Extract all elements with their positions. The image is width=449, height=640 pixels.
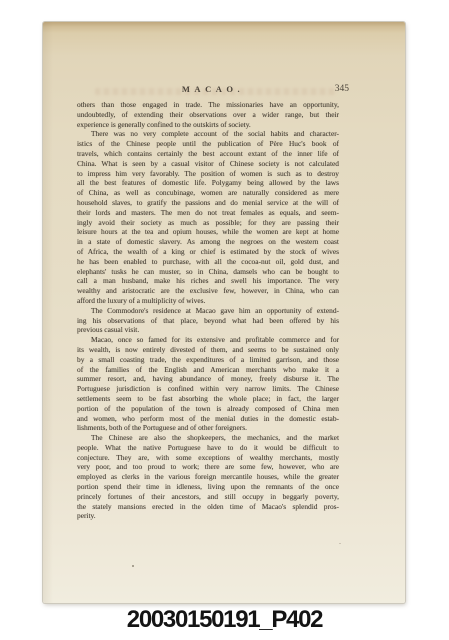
text-line: to impress him very favorably. The posit… (77, 169, 339, 179)
text-line: elephants' tusks he can muster, so in Ch… (77, 267, 339, 277)
text-line: their lords and masters. The men do not … (77, 208, 339, 218)
text-line: lishments, both of the Portuguese and of… (77, 423, 339, 433)
text-line: There was no very complete account of th… (77, 129, 339, 139)
text-line: The Commodore's residence at Macao gave … (77, 306, 339, 316)
text-line: its wealth, is now entirely divested of … (77, 345, 339, 355)
text-line: of Africa, the wealth of a king or chief… (77, 247, 339, 257)
text-line: very poor, and too proud to work; there … (77, 462, 339, 472)
text-line: others than those engaged in trade. The … (77, 100, 339, 110)
text-line: undoubtedly, of extending their observat… (77, 110, 339, 120)
catalog-id-caption: 20030150191_P402 (0, 606, 449, 634)
text-line: he has been enabled to purchase, with al… (77, 257, 339, 267)
running-head-title: MACAO. (77, 84, 349, 94)
text-line: The Chinese are also the shopkeepers, th… (77, 433, 339, 443)
text-line: Macao, once so famed for its extensive a… (77, 335, 339, 345)
paragraph: The Chinese are also the shopkeepers, th… (77, 433, 339, 521)
paragraph: Macao, once so famed for its extensive a… (77, 335, 339, 433)
text-line: wealthy and aristocratic are the exclusi… (77, 286, 339, 296)
text-line: istics of the Chinese people until the p… (77, 139, 339, 149)
text-line: and women, who perform most of the menia… (77, 414, 339, 424)
paragraph: There was no very complete account of th… (77, 129, 339, 305)
text-line: employed as clerks in the various foreig… (77, 472, 339, 482)
text-line: all the best features of domestic life. … (77, 178, 339, 188)
paragraph: others than those engaged in trade. The … (77, 100, 339, 129)
text-line: Portuguese jurisdiction is confined with… (77, 384, 339, 394)
text-line: people. What the native Portuguese have … (77, 443, 339, 453)
text-line: experience is generally confined to the … (77, 120, 339, 130)
scan-frame: MACAO. 345 others than those engaged in … (0, 0, 449, 640)
scan-speck (132, 565, 134, 567)
text-line: of China, as well as concubinage, women … (77, 188, 339, 198)
page-number: 345 (335, 84, 349, 94)
page-header: MACAO. 345 (77, 84, 349, 96)
page-body-text: others than those engaged in trade. The … (77, 100, 339, 521)
text-line: previous casual visit. (77, 325, 339, 335)
book-page: MACAO. 345 others than those engaged in … (43, 22, 405, 603)
text-line: portion spend their time in idleness, li… (77, 482, 339, 492)
text-line: conjecture. They are, with some exceptio… (77, 453, 339, 463)
text-line: travels, which contains certainly the be… (77, 149, 339, 159)
text-line: settlements seem to be fast absorbing th… (77, 394, 339, 404)
text-line: portion of the population of the town is… (77, 404, 339, 414)
paragraph: The Commodore's residence at Macao gave … (77, 306, 339, 335)
text-line: leisure hours at the tea and opium house… (77, 227, 339, 237)
text-line: perity. (77, 511, 339, 521)
text-line: summer resort, and, having abundance of … (77, 374, 339, 384)
text-line: household slaves, to gratify the passion… (77, 198, 339, 208)
text-line: princely fortunes of their ancestors, an… (77, 492, 339, 502)
text-line: afford the luxury of a multiplicity of w… (77, 296, 339, 306)
text-line: ingly avoid their society as much as pos… (77, 218, 339, 228)
text-line: China. What is seen by a casual visitor … (77, 159, 339, 169)
text-line: of the families of the English and Ameri… (77, 365, 339, 375)
text-line: call a man husband, make his riches and … (77, 276, 339, 286)
text-line: in a state of domestic slavery. As among… (77, 237, 339, 247)
text-line: by a small coasting trade, the expenditu… (77, 355, 339, 365)
scan-speck (339, 543, 341, 544)
text-line: the stately mansions erected in the olde… (77, 502, 339, 512)
text-line: ing his observations of that place, beyo… (77, 316, 339, 326)
